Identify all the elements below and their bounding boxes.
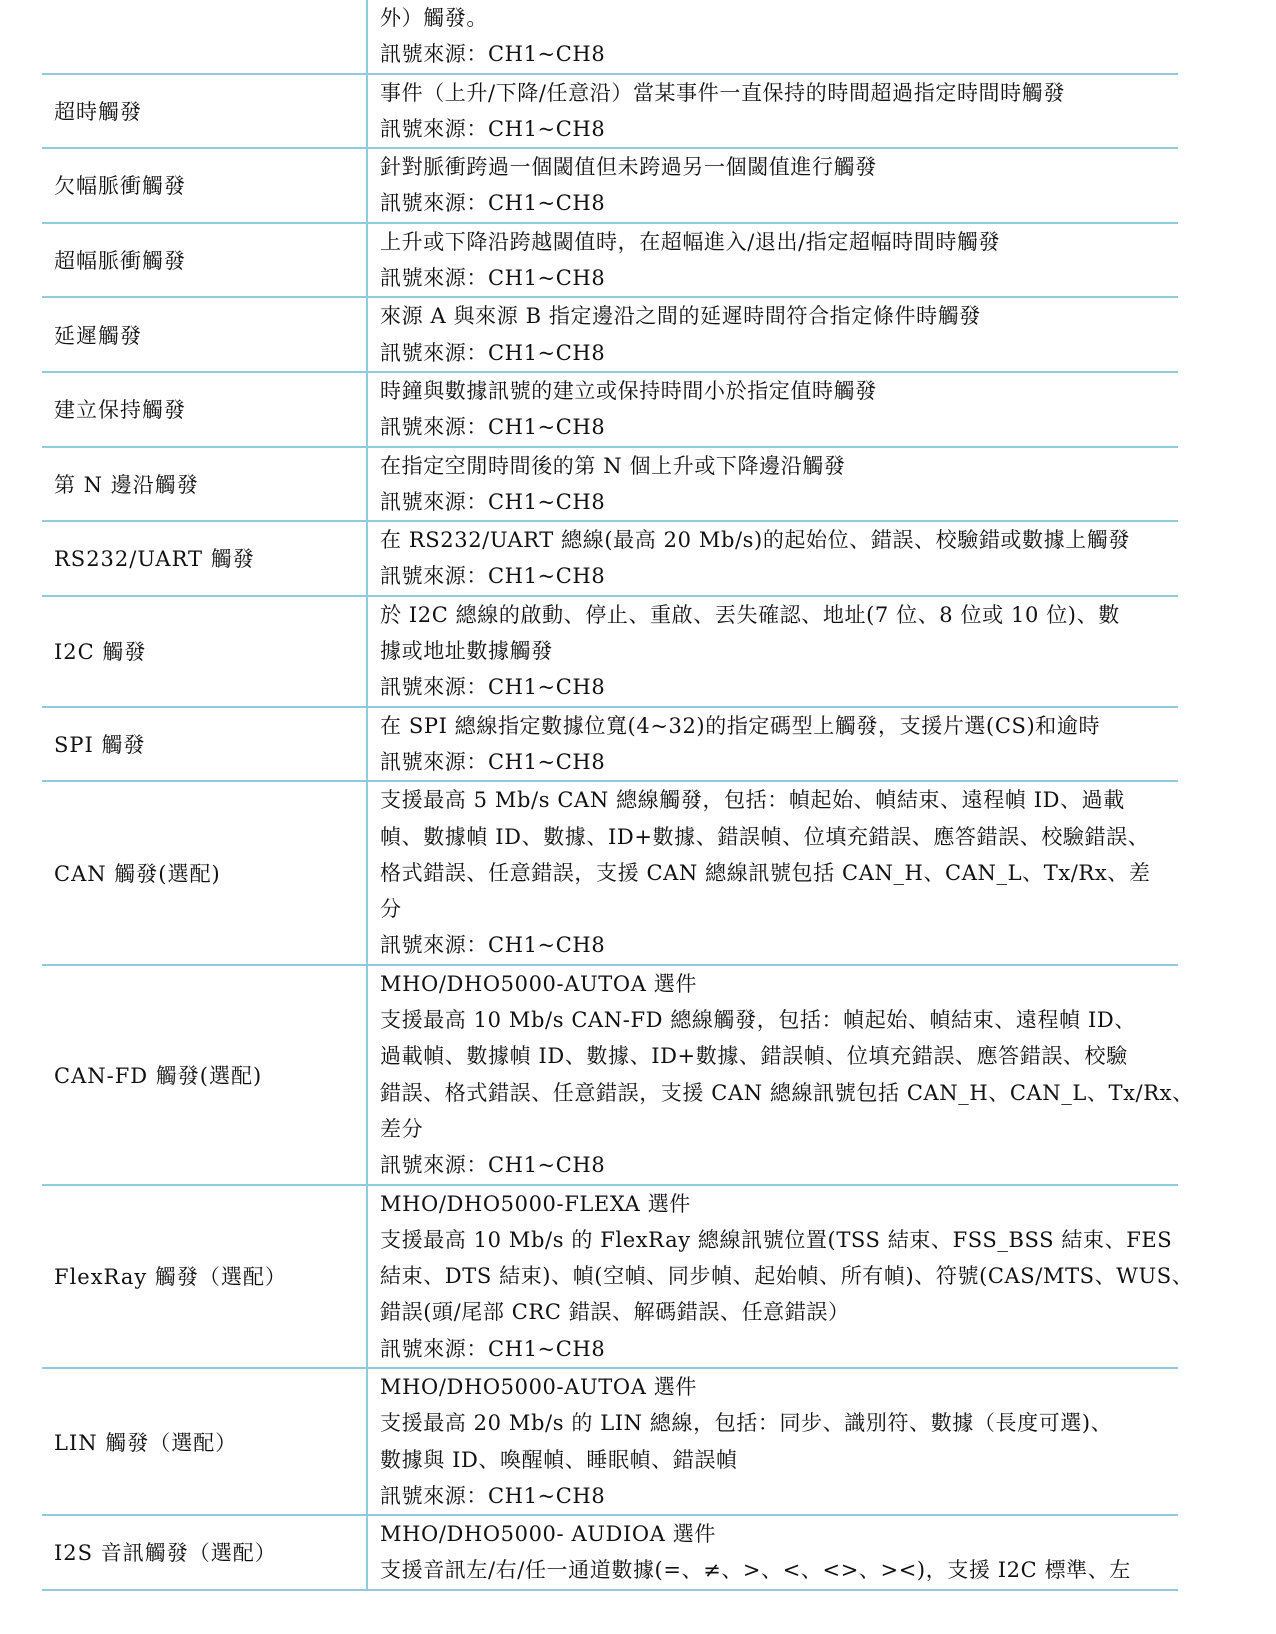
trigger-description-cell: 來源 A 與來源 B 指定邊沿之間的延遲時間符合指定條件時觸發訊號來源：CH1~…: [367, 297, 1178, 372]
description-line: 訊號來源：CH1~CH8: [380, 260, 1170, 296]
description-line: 訊號來源：CH1~CH8: [380, 1331, 1170, 1367]
trigger-description-cell: MHO/DHO5000- AUDIOA 選件支援音訊左/右/任一通道數據(=、≠…: [367, 1515, 1178, 1590]
table-row: 欠幅脈衝觸發針對脈衝跨過一個閾值但未跨過另一個閾值進行觸發訊號來源：CH1~CH…: [42, 148, 1178, 223]
table-row: 超時觸發事件（上升/下降/任意沿）當某事件一直保持的時間超過指定時間時觸發訊號來…: [42, 74, 1178, 149]
trigger-type-cell: LIN 觸發（選配）: [42, 1368, 367, 1515]
description-line: 訊號來源：CH1~CH8: [380, 484, 1170, 520]
trigger-description-cell: 外）觸發。訊號來源：CH1~CH8: [367, 0, 1178, 74]
description-line: 錯誤(頭/尾部 CRC 錯誤、解碼錯誤、任意錯誤）: [380, 1294, 1170, 1330]
description-line: 來源 A 與來源 B 指定邊沿之間的延遲時間符合指定條件時觸發: [380, 298, 1170, 334]
description-line: 支援最高 5 Mb/s CAN 總線觸發，包括：幀起始、幀結束、遠程幀 ID、過…: [380, 782, 1170, 818]
description-line: 格式錯誤、任意錯誤，支援 CAN 總線訊號包括 CAN_H、CAN_L、Tx/R…: [380, 855, 1170, 891]
trigger-description-cell: 事件（上升/下降/任意沿）當某事件一直保持的時間超過指定時間時觸發訊號來源：CH…: [367, 74, 1178, 149]
description-line: 訊號來源：CH1~CH8: [380, 335, 1170, 371]
trigger-description-cell: 針對脈衝跨過一個閾值但未跨過另一個閾值進行觸發訊號來源：CH1~CH8: [367, 148, 1178, 223]
table-row: SPI 觸發在 SPI 總線指定數據位寬(4~32)的指定碼型上觸發，支援片選(…: [42, 707, 1178, 782]
trigger-description-cell: 在 SPI 總線指定數據位寬(4~32)的指定碼型上觸發，支援片選(CS)和逾時…: [367, 707, 1178, 782]
trigger-type-cell: FlexRay 觸發（選配）: [42, 1185, 367, 1368]
description-line: 結束、DTS 結束)、幀(空幀、同步幀、起始幀、所有幀)、符號(CAS/MTS、…: [380, 1258, 1170, 1294]
description-line: 在指定空閒時間後的第 N 個上升或下降邊沿觸發: [380, 448, 1170, 484]
trigger-description-cell: 支援最高 5 Mb/s CAN 總線觸發，包括：幀起始、幀結束、遠程幀 ID、過…: [367, 781, 1178, 964]
description-line: 上升或下降沿跨越閾值時，在超幅進入/退出/指定超幅時間時觸發: [380, 224, 1170, 260]
description-line: 訊號來源：CH1~CH8: [380, 409, 1170, 445]
description-line: MHO/DHO5000-AUTOA 選件: [380, 966, 1170, 1002]
table-row: 建立保持觸發時鐘與數據訊號的建立或保持時間小於指定值時觸發訊號來源：CH1~CH…: [42, 372, 1178, 447]
trigger-type-cell: 超時觸發: [42, 74, 367, 149]
table-row: I2S 音訊觸發（選配）MHO/DHO5000- AUDIOA 選件支援音訊左/…: [42, 1515, 1178, 1590]
description-line: 訊號來源：CH1~CH8: [380, 927, 1170, 963]
table-row: 外）觸發。訊號來源：CH1~CH8: [42, 0, 1178, 74]
table-row: CAN 觸發(選配)支援最高 5 Mb/s CAN 總線觸發，包括：幀起始、幀結…: [42, 781, 1178, 964]
trigger-description-cell: 時鐘與數據訊號的建立或保持時間小於指定值時觸發訊號來源：CH1~CH8: [367, 372, 1178, 447]
description-line: 在 RS232/UART 總線(最高 20 Mb/s)的起始位、錯誤、校驗錯或數…: [380, 522, 1170, 558]
trigger-type-cell: 欠幅脈衝觸發: [42, 148, 367, 223]
trigger-description-cell: 在 RS232/UART 總線(最高 20 Mb/s)的起始位、錯誤、校驗錯或數…: [367, 521, 1178, 596]
description-line: 過載幀、數據幀 ID、數據、ID+數據、錯誤幀、位填充錯誤、應答錯誤、校驗: [380, 1038, 1170, 1074]
description-line: 分: [380, 891, 1170, 927]
description-line: 訊號來源：CH1~CH8: [380, 744, 1170, 780]
description-line: 訊號來源：CH1~CH8: [380, 185, 1170, 221]
table-row: LIN 觸發（選配）MHO/DHO5000-AUTOA 選件支援最高 20 Mb…: [42, 1368, 1178, 1515]
trigger-type-cell: CAN-FD 觸發(選配): [42, 965, 367, 1185]
table-row: I2C 觸發於 I2C 總線的啟動、停止、重啟、丟失確認、地址(7 位、8 位或…: [42, 596, 1178, 707]
description-line: 外）觸發。: [380, 0, 1170, 36]
description-line: 錯誤、格式錯誤、任意錯誤，支援 CAN 總線訊號包括 CAN_H、CAN_L、T…: [380, 1075, 1170, 1111]
description-line: 針對脈衝跨過一個閾值但未跨過另一個閾值進行觸發: [380, 149, 1170, 185]
trigger-type-cell: 延遲觸發: [42, 297, 367, 372]
description-line: 據或地址數據觸發: [380, 633, 1170, 669]
description-line: 事件（上升/下降/任意沿）當某事件一直保持的時間超過指定時間時觸發: [380, 75, 1170, 111]
description-line: 訊號來源：CH1~CH8: [380, 1478, 1170, 1514]
trigger-type-cell: SPI 觸發: [42, 707, 367, 782]
description-line: MHO/DHO5000-FLEXA 選件: [380, 1186, 1170, 1222]
description-line: 幀、數據幀 ID、數據、ID+數據、錯誤幀、位填充錯誤、應答錯誤、校驗錯誤、: [380, 819, 1170, 855]
trigger-description-cell: MHO/DHO5000-FLEXA 選件支援最高 10 Mb/s 的 FlexR…: [367, 1185, 1178, 1368]
table-row: 超幅脈衝觸發上升或下降沿跨越閾值時，在超幅進入/退出/指定超幅時間時觸發訊號來源…: [42, 223, 1178, 298]
description-line: 支援音訊左/右/任一通道數據(=、≠、>、<、<>、><)，支援 I2C 標準、…: [380, 1552, 1170, 1588]
description-line: 時鐘與數據訊號的建立或保持時間小於指定值時觸發: [380, 373, 1170, 409]
trigger-type-cell: 建立保持觸發: [42, 372, 367, 447]
table-row: CAN-FD 觸發(選配)MHO/DHO5000-AUTOA 選件支援最高 10…: [42, 965, 1178, 1185]
trigger-type-cell: RS232/UART 觸發: [42, 521, 367, 596]
description-line: 訊號來源：CH1~CH8: [380, 669, 1170, 705]
description-line: 支援最高 10 Mb/s CAN-FD 總線觸發，包括：幀起始、幀結束、遠程幀 …: [380, 1002, 1170, 1038]
table-row: RS232/UART 觸發在 RS232/UART 總線(最高 20 Mb/s)…: [42, 521, 1178, 596]
trigger-type-cell: [42, 0, 367, 74]
trigger-spec-table: 外）觸發。訊號來源：CH1~CH8超時觸發事件（上升/下降/任意沿）當某事件一直…: [42, 0, 1178, 1591]
description-line: 訊號來源：CH1~CH8: [380, 1147, 1170, 1183]
description-line: 訊號來源：CH1~CH8: [380, 558, 1170, 594]
description-line: 支援最高 10 Mb/s 的 FlexRay 總線訊號位置(TSS 結束、FSS…: [380, 1222, 1170, 1258]
description-line: 訊號來源：CH1~CH8: [380, 36, 1170, 72]
table-row: 第 N 邊沿觸發在指定空閒時間後的第 N 個上升或下降邊沿觸發訊號來源：CH1~…: [42, 447, 1178, 522]
description-line: 在 SPI 總線指定數據位寬(4~32)的指定碼型上觸發，支援片選(CS)和逾時: [380, 708, 1170, 744]
trigger-type-cell: 第 N 邊沿觸發: [42, 447, 367, 522]
table-row: FlexRay 觸發（選配）MHO/DHO5000-FLEXA 選件支援最高 1…: [42, 1185, 1178, 1368]
trigger-description-cell: MHO/DHO5000-AUTOA 選件支援最高 10 Mb/s CAN-FD …: [367, 965, 1178, 1185]
trigger-description-cell: 上升或下降沿跨越閾值時，在超幅進入/退出/指定超幅時間時觸發訊號來源：CH1~C…: [367, 223, 1178, 298]
trigger-type-cell: CAN 觸發(選配): [42, 781, 367, 964]
trigger-type-cell: I2S 音訊觸發（選配）: [42, 1515, 367, 1590]
description-line: 差分: [380, 1111, 1170, 1147]
trigger-description-cell: 在指定空閒時間後的第 N 個上升或下降邊沿觸發訊號來源：CH1~CH8: [367, 447, 1178, 522]
trigger-description-cell: MHO/DHO5000-AUTOA 選件支援最高 20 Mb/s 的 LIN 總…: [367, 1368, 1178, 1515]
trigger-description-cell: 於 I2C 總線的啟動、停止、重啟、丟失確認、地址(7 位、8 位或 10 位)…: [367, 596, 1178, 707]
trigger-type-cell: I2C 觸發: [42, 596, 367, 707]
description-line: 支援最高 20 Mb/s 的 LIN 總線，包括：同步、識別符、數據（長度可選)…: [380, 1405, 1170, 1441]
table-row: 延遲觸發來源 A 與來源 B 指定邊沿之間的延遲時間符合指定條件時觸發訊號來源：…: [42, 297, 1178, 372]
description-line: 數據與 ID、喚醒幀、睡眠幀、錯誤幀: [380, 1442, 1170, 1478]
description-line: MHO/DHO5000- AUDIOA 選件: [380, 1516, 1170, 1552]
trigger-type-cell: 超幅脈衝觸發: [42, 223, 367, 298]
description-line: MHO/DHO5000-AUTOA 選件: [380, 1369, 1170, 1405]
description-line: 於 I2C 總線的啟動、停止、重啟、丟失確認、地址(7 位、8 位或 10 位)…: [380, 597, 1170, 633]
description-line: 訊號來源：CH1~CH8: [380, 111, 1170, 147]
